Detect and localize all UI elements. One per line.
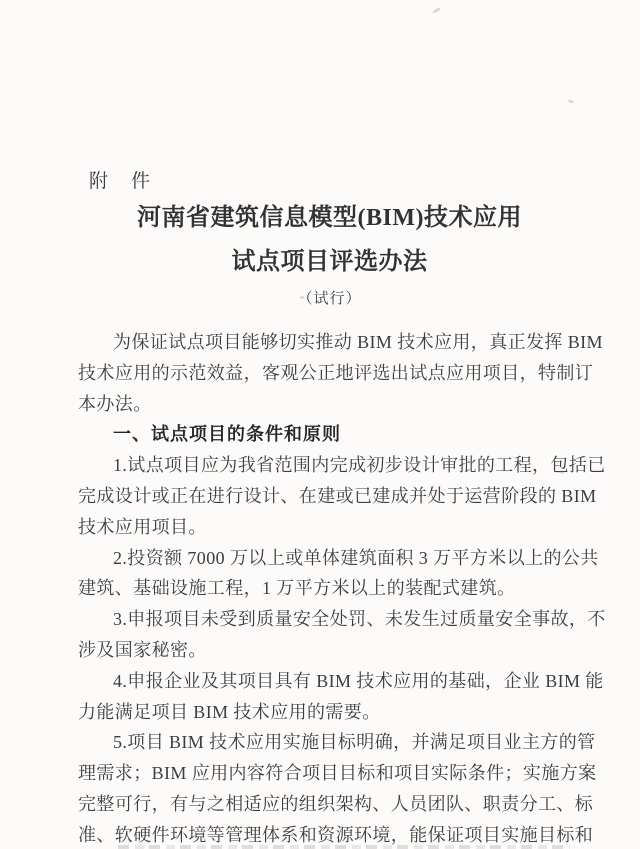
scan-speckle bbox=[568, 99, 575, 104]
scan-speckle bbox=[300, 296, 304, 299]
body-line-item3-1: 3.申报项目未受到质量安全处罚、未发生过质量安全事故，不 bbox=[78, 604, 579, 635]
section-heading-1: 一、试点项目的条件和原则 bbox=[78, 419, 579, 450]
body-line-item1-3: 技术应用项目。 bbox=[78, 512, 579, 543]
body-line-item4-1: 4.申报企业及其项目具有 BIM 技术应用的基础，企业 BIM 能 bbox=[78, 666, 579, 697]
document-title-line-1: 河南省建筑信息模型(BIM)技术应用 bbox=[78, 203, 581, 233]
body-line-intro-1: 为保证试点项目能够切实推动 BIM 技术应用，真正发挥 BIM bbox=[78, 327, 579, 358]
body-line-intro-3: 本办法。 bbox=[78, 389, 579, 420]
body-line-item5-3: 完整可行，有与之相适应的组织架构、人员团队、职责分工、标 bbox=[78, 789, 579, 820]
document-body: 为保证试点项目能够切实推动 BIM 技术应用，真正发挥 BIM 技术应用的示范效… bbox=[78, 327, 579, 849]
document-subtitle-trial: （试行） bbox=[78, 287, 581, 308]
body-line-item5-2: 理需求；BIM 应用内容符合项目目标和项目实际条件；实施方案 bbox=[78, 758, 579, 789]
body-line-item5-1: 5.项目 BIM 技术应用实施目标明确，并满足项目业主方的管 bbox=[78, 727, 579, 758]
scan-speckle bbox=[560, 470, 564, 474]
body-line-item4-2: 力能满足项目 BIM 技术应用的需要。 bbox=[78, 697, 579, 728]
body-line-item3-2: 涉及国家秘密。 bbox=[78, 635, 579, 666]
cutoff-next-line-artifact bbox=[118, 845, 570, 849]
document-title-block: 河南省建筑信息模型(BIM)技术应用 试点项目评选办法 （试行） bbox=[78, 203, 581, 308]
body-line-item1-1: 1.试点项目应为我省范围内完成初步设计审批的工程，包括已 bbox=[78, 450, 579, 481]
body-line-intro-2: 技术应用的示范效益，客观公正地评选出试点应用项目，特制订 bbox=[78, 358, 579, 389]
attachment-label: 附 件 bbox=[89, 166, 152, 193]
scan-speckle bbox=[432, 7, 441, 14]
body-line-item1-2: 完成设计或正在进行设计、在建或已建成并处于运营阶段的 BIM bbox=[78, 481, 579, 512]
body-line-item2-1: 2.投资额 7000 万以上或单体建筑面积 3 万平方米以上的公共 bbox=[78, 543, 579, 574]
document-title-line-2: 试点项目评选办法 bbox=[78, 247, 581, 277]
body-line-item2-2: 建筑、基础设施工程，1 万平方米以上的装配式建筑。 bbox=[78, 573, 579, 604]
scanned-document-page: 附 件 河南省建筑信息模型(BIM)技术应用 试点项目评选办法 （试行） 为保证… bbox=[0, 0, 640, 849]
